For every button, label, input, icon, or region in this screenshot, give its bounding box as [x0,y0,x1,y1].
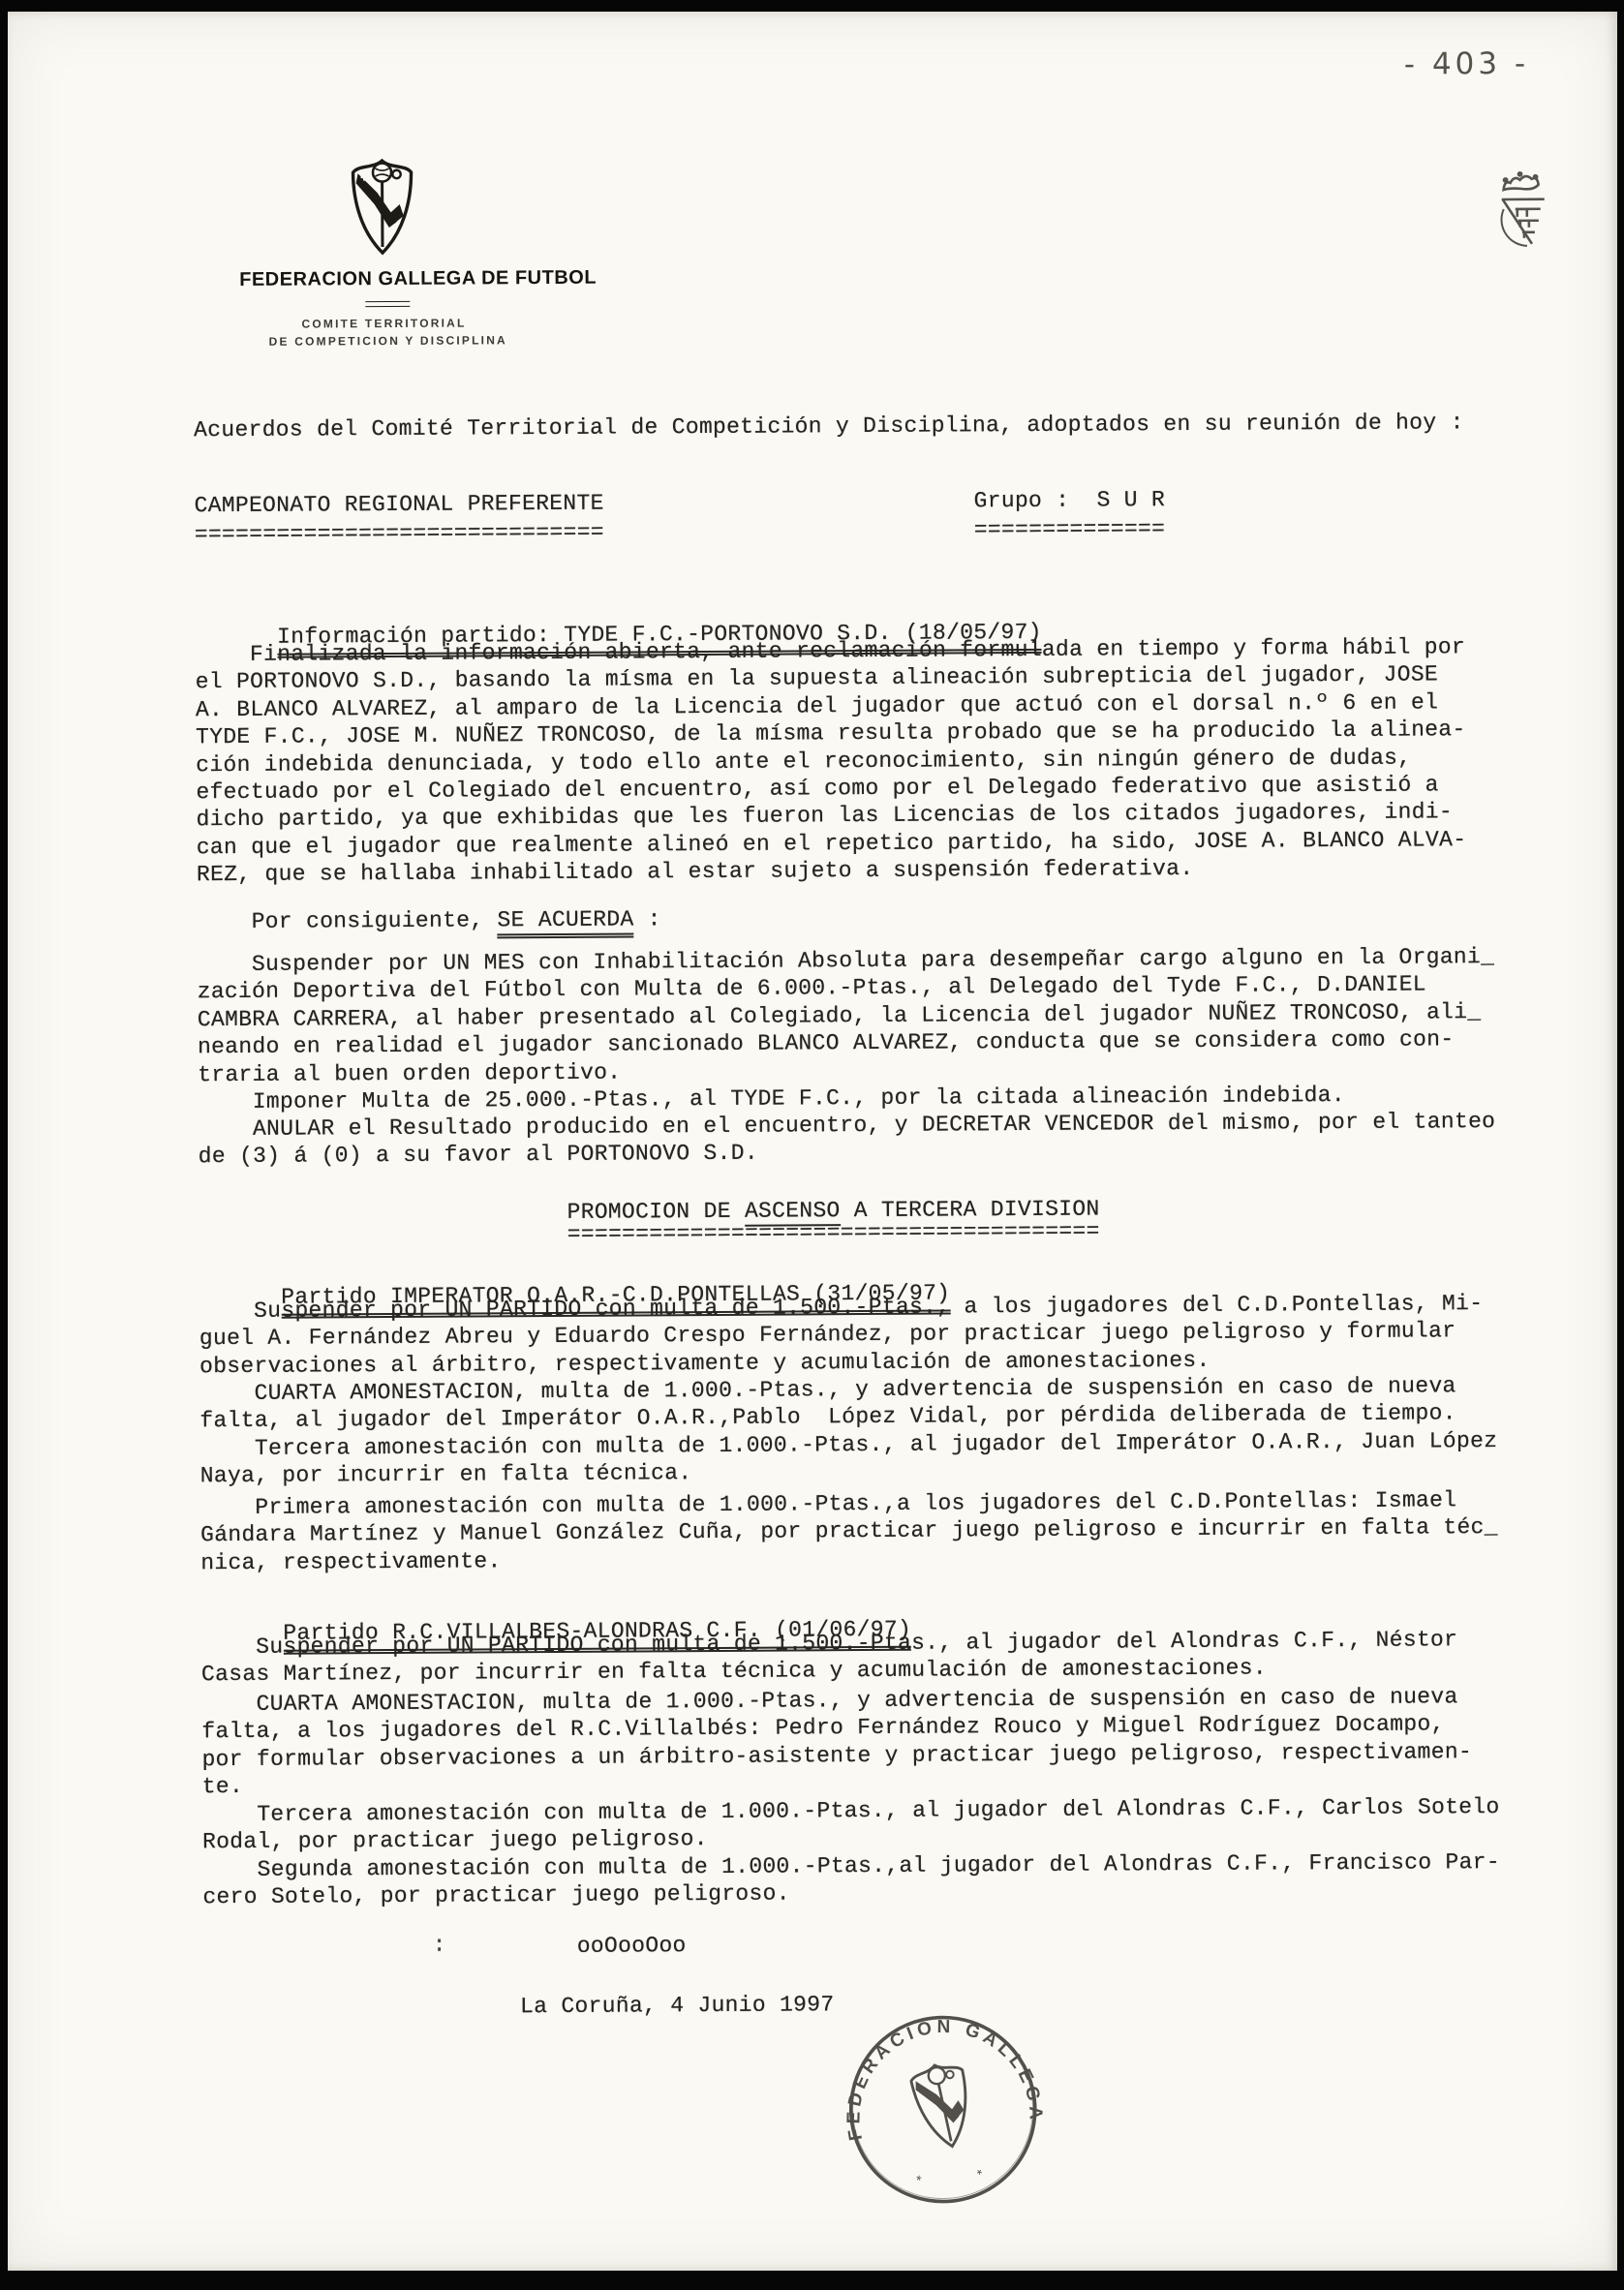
match1-paragraph: Tercera amonestación con multa de 1.000.… [199,1427,1497,1490]
agreement-suffix: : [633,906,660,931]
competition-title-rule: ============================== [195,523,604,545]
match2-paragraph: Suspender por UN PARTIDO con multa de 1.… [201,1626,1458,1689]
intro-line: Acuerdos del Comité Territorial de Compe… [194,409,1464,443]
letterhead-org-name: FEDERACION GALLEGA DE FUTBOL [239,267,597,291]
letterhead-committee-line1: COMITE TERRITORIAL [301,317,466,331]
agreement-emphasis: SE ACUERDA [497,905,633,938]
match2-paragraph: Tercera amonestación con multa de 1.000.… [202,1793,1500,1856]
promotion-title-block: PROMOCION DE ASCENSO A TERCERA DIVISION … [199,1194,1468,1246]
match-info-report: Finalizada la información abierta, ante … [195,633,1466,889]
agreement-line: Por consiguiente, SE ACUERDA : [197,905,661,940]
crown-monogram-icon [1488,167,1555,254]
match1-paragraph: CUARTA AMONESTACION, multa de 1.000.-Pta… [199,1372,1456,1435]
group-label: Grupo : S U R [974,486,1166,515]
dateline: La Coruña, 4 Junio 1997 [520,1991,835,2020]
page-number: - 403 - [1404,46,1529,82]
footer-separator: ooOooOoo [552,1932,712,1960]
stray-colon-mark: : [433,1932,446,1959]
federation-crest-icon [345,158,419,257]
document-page: - 403 - FEDERACION GALLEGA DE FUTBOL COM… [0,0,1624,2290]
sanction-result: ANULAR el Resultado producido en el encu… [198,1108,1495,1171]
letterhead-committee-line2: DE COMPETICION Y DISCIPLINA [269,333,507,349]
group-rule: ============== [974,519,1166,539]
letterhead-divider [365,301,410,307]
page-content: - 403 - FEDERACION GALLEGA DE FUTBOL COM… [0,0,1624,2290]
match2-paragraph: Segunda amonestación con multa de 1.000.… [202,1848,1500,1911]
match1-paragraph: Suspender por UN PARTIDO con multa de 1.… [199,1290,1484,1380]
match1-paragraph: Primera amonestación con multa de 1.000.… [200,1486,1498,1576]
competition-title: CAMPEONATO REGIONAL PREFERENTE [195,490,604,520]
sanction-delegate: Suspender por UN MES con Inhabilitación … [197,943,1495,1088]
federation-stamp: FEDERACION GALLEGA DE FUTBOL * * * [815,1981,1071,2237]
match2-paragraph: CUARTA AMONESTACION, multa de 1.000.-Pta… [201,1683,1472,1801]
agreement-prefix: Por consiguiente, [197,907,497,934]
